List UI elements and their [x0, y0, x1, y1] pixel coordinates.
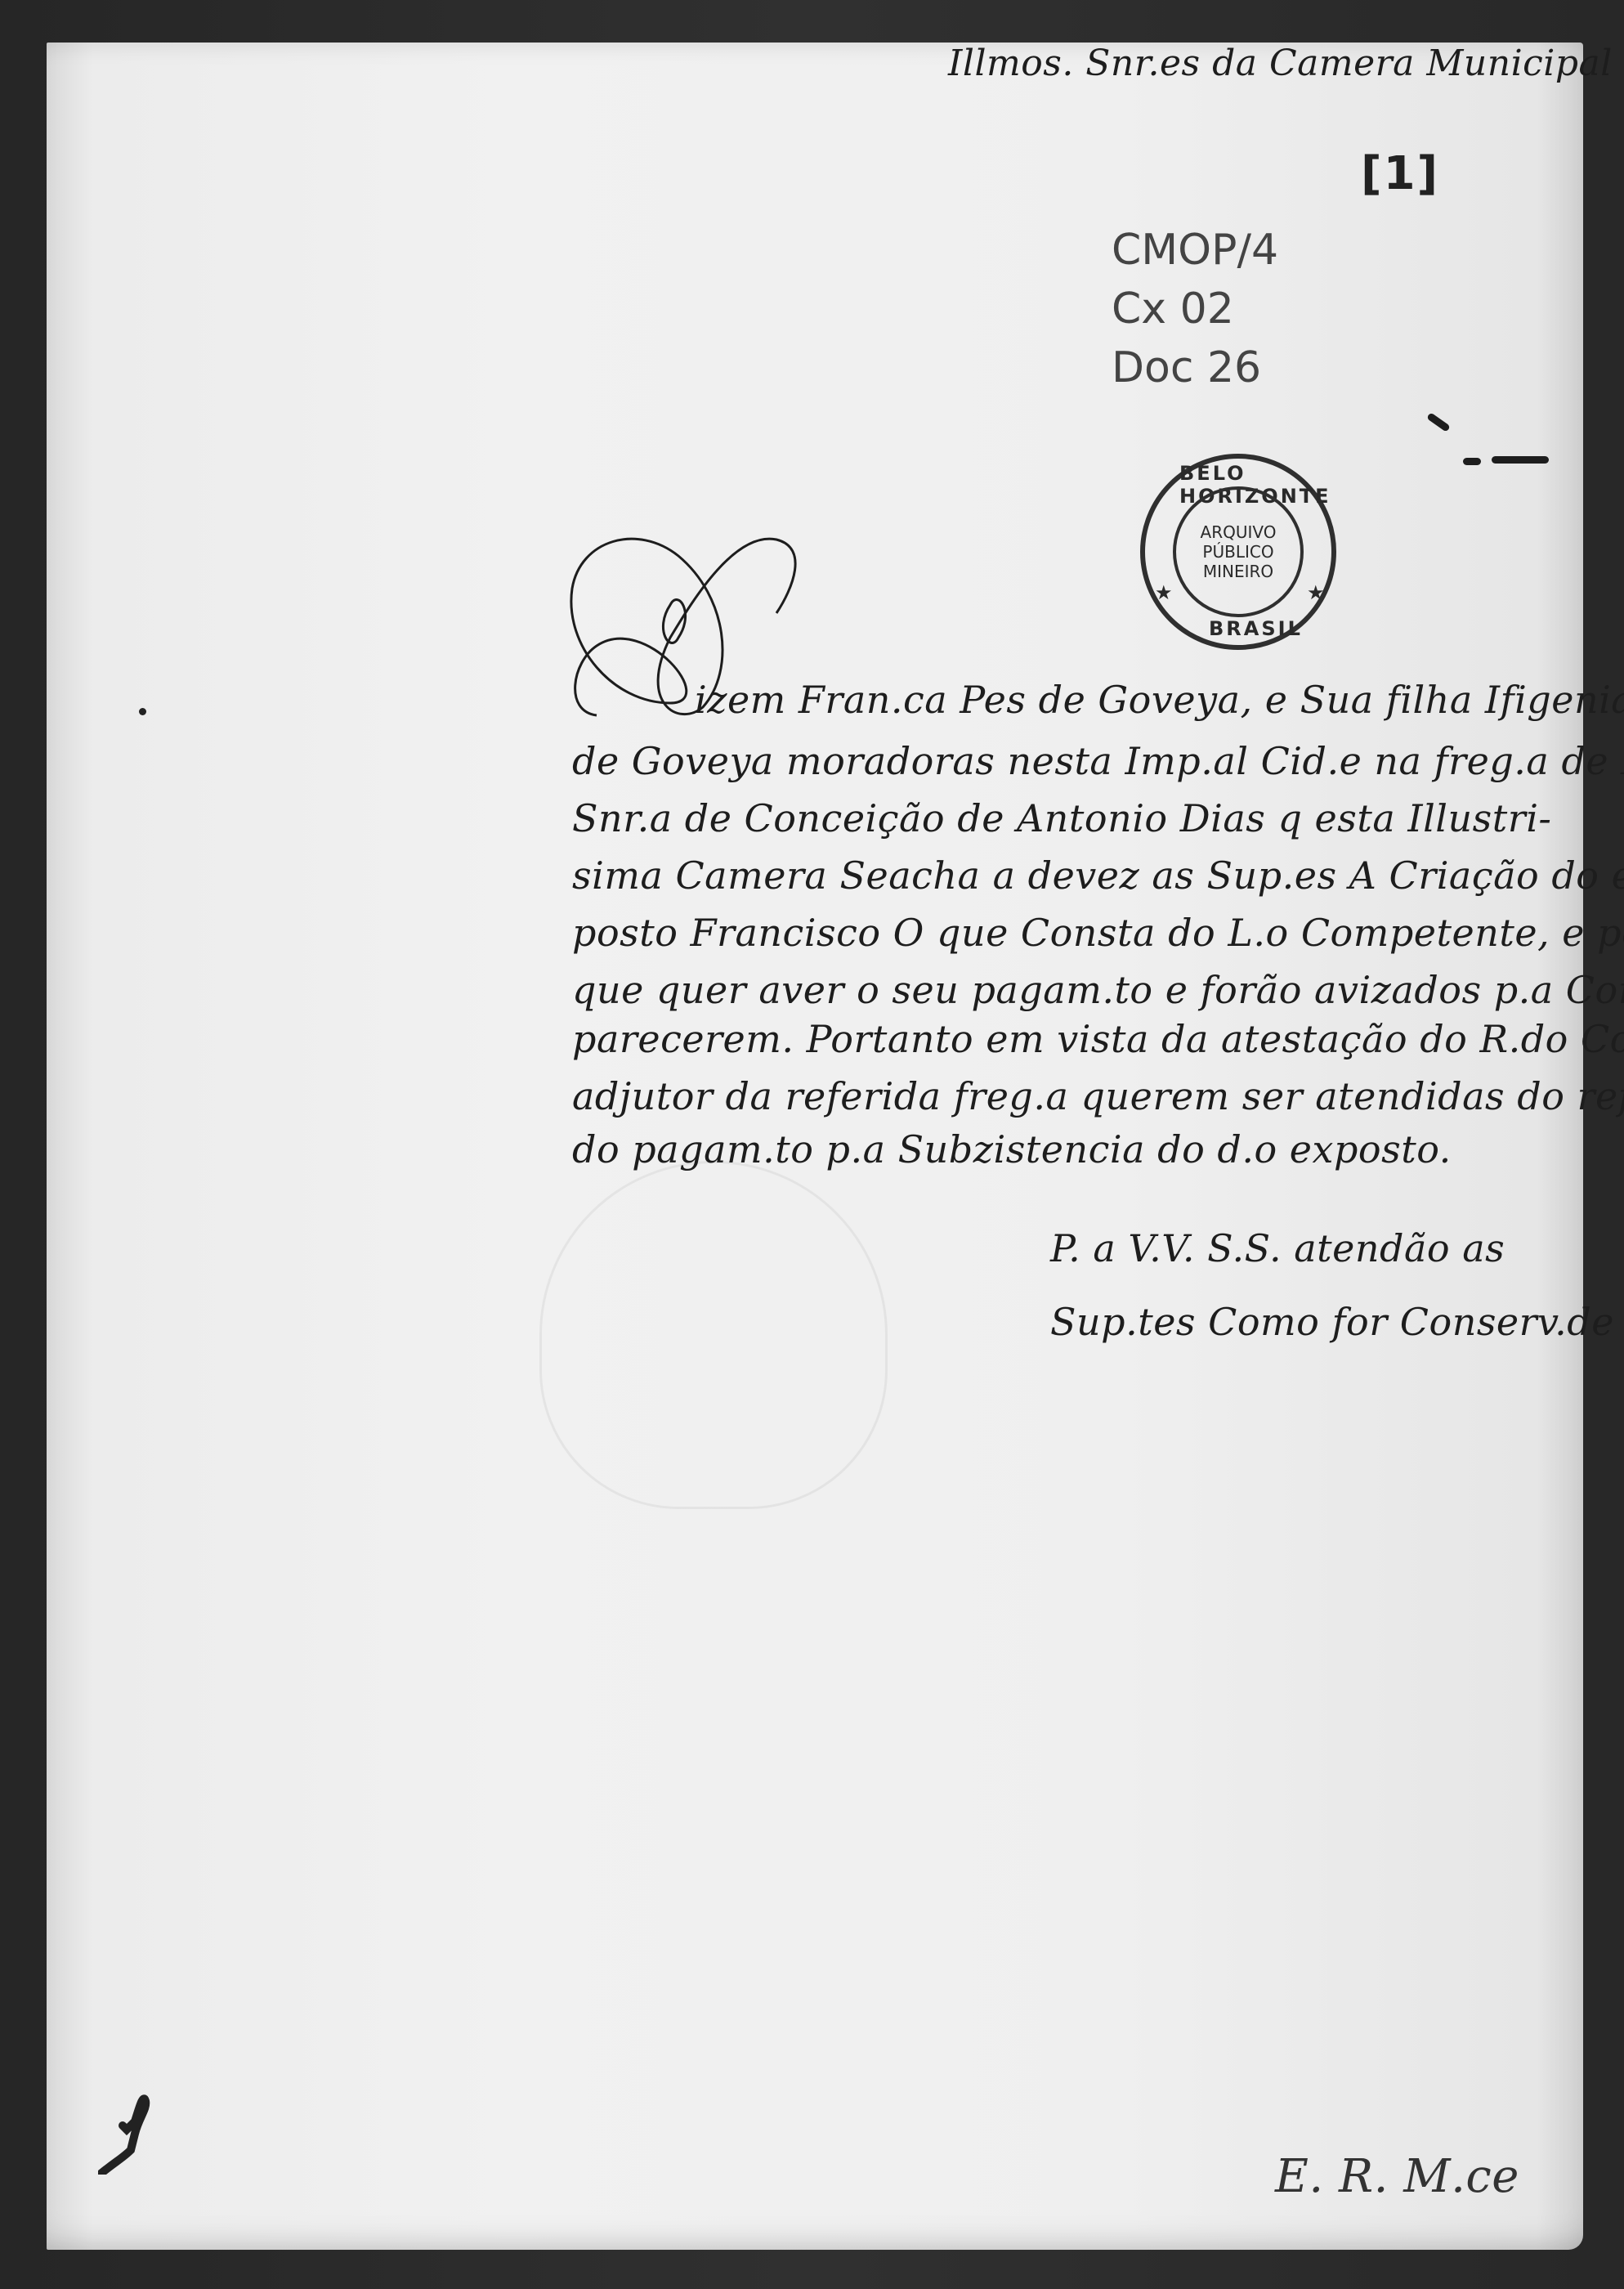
ink-mark: [1463, 458, 1481, 465]
body-line: Snr.a de Conceição de Antonio Dias q est…: [572, 789, 1551, 848]
body-line: sima Camera Seacha a devez as Sup.es A C…: [572, 846, 1624, 905]
folio-number: [1]: [1361, 147, 1439, 200]
body-line: de Goveya moradoras nesta Imp.al Cid.e n…: [572, 732, 1624, 791]
body-line: parecerem. Portanto em vista da atestaçã…: [572, 1010, 1624, 1068]
archive-fund: CMOP/4: [1112, 221, 1278, 280]
addressee-heading: Illmos. Snr.es da Camera Municipal: [948, 43, 1613, 84]
stamp-line: PÚBLICO: [1202, 542, 1273, 562]
body-line: adjutor da referida freg.a querem ser at…: [572, 1067, 1624, 1126]
stamp-line: MINEIRO: [1203, 562, 1273, 581]
archive-doc: Doc 26: [1112, 338, 1278, 397]
despacho-line: P. a V.V. S.S. atendão as: [1050, 1226, 1505, 1270]
despacho-line: Sup.tes Como for Conserv.de: [1050, 1300, 1614, 1344]
closing-abbreviation: E. R. M.ce: [1275, 2150, 1519, 2203]
star-icon: ★: [1155, 581, 1173, 604]
body-line: izem Fran.ca Pes de Goveya, e Sua filha …: [695, 670, 1624, 729]
paper-watermark: [539, 1161, 888, 1509]
ink-mark: [1492, 456, 1549, 464]
margin-ink-mark-icon: [98, 2085, 155, 2175]
stamp-center: ARQUIVO PÚBLICO MINEIRO: [1173, 486, 1304, 617]
body-line: posto Francisco O que Consta do L.o Comp…: [572, 903, 1624, 962]
ink-spot: [139, 708, 146, 715]
archive-reference: CMOP/4 Cx 02 Doc 26: [1112, 221, 1278, 397]
stamp-line: ARQUIVO: [1201, 522, 1277, 542]
star-icon: ★: [1307, 581, 1325, 604]
stamp-ring-bottom: BRASIL: [1209, 617, 1303, 640]
archive-stamp: BELO HORIZONTE ★ ★ ARQUIVO PÚBLICO MINEI…: [1140, 454, 1336, 650]
archive-box: Cx 02: [1112, 280, 1278, 338]
